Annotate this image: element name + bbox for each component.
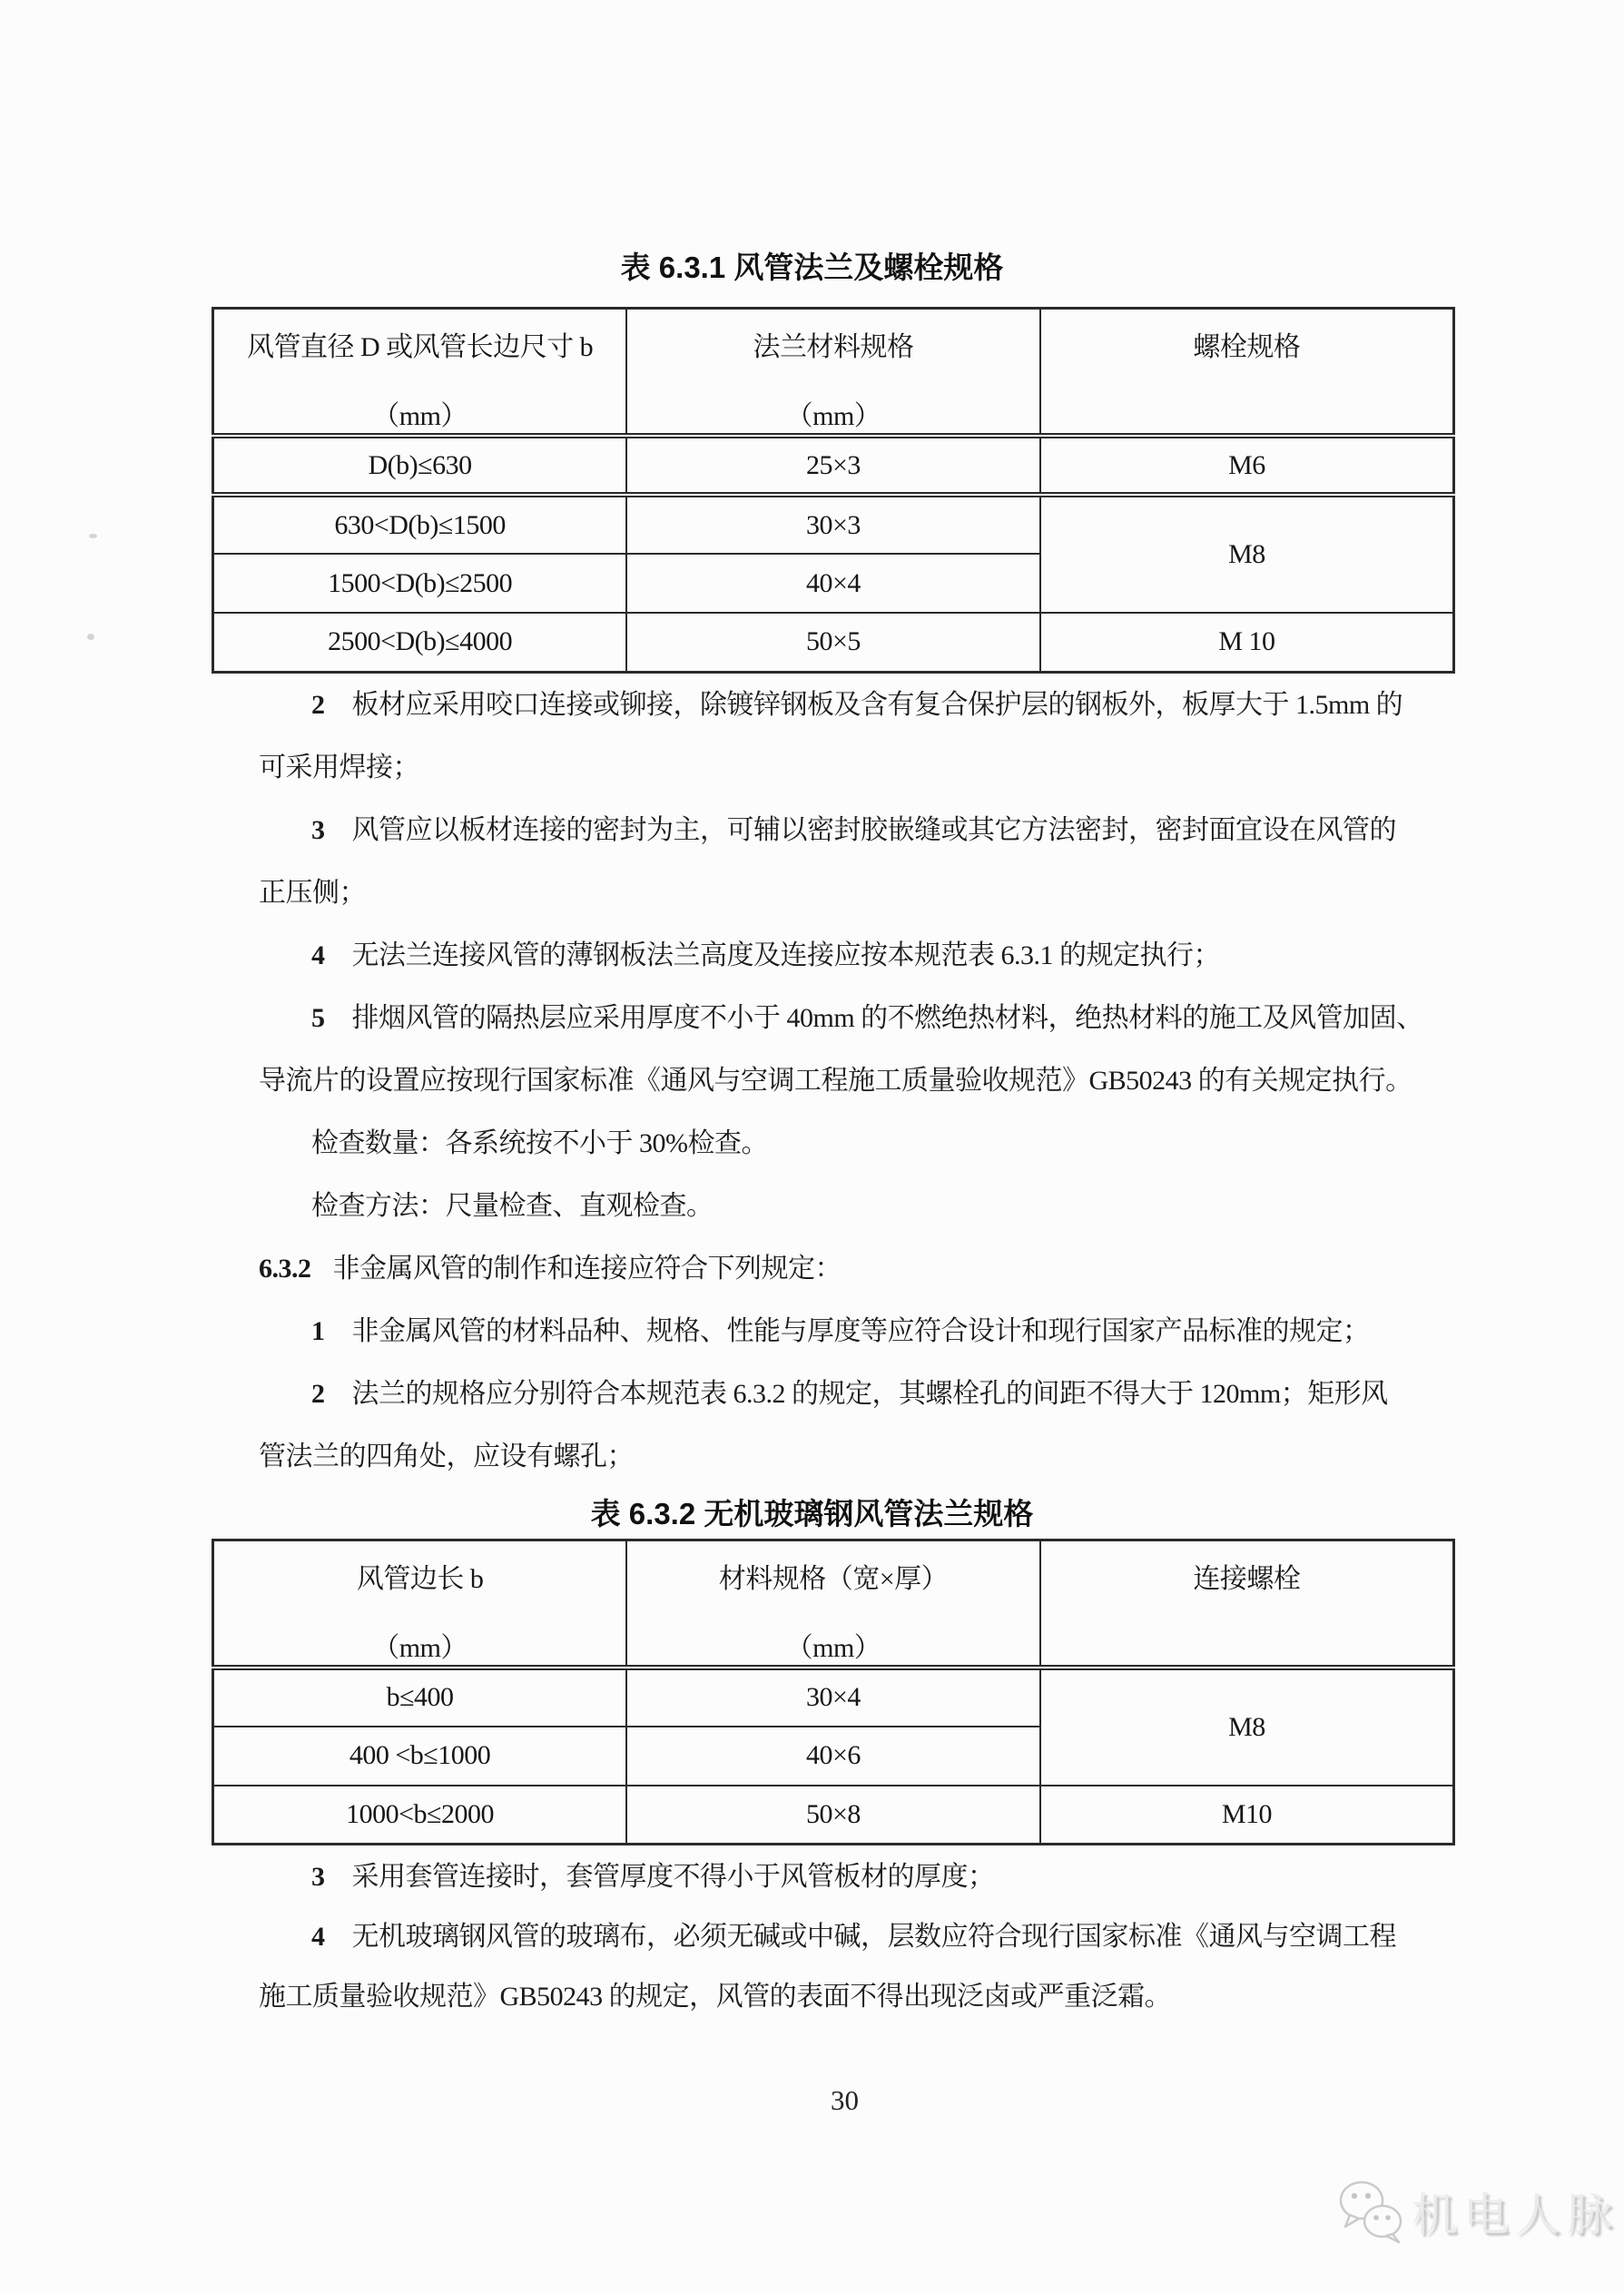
- scan-speck: [89, 534, 97, 538]
- paragraph-line: 2板材应采用咬口连接或铆接，除镀锌钢板及含有复合保护层的钢板外，板厚大于 1.5…: [259, 674, 1548, 736]
- document-page: 表 6.3.1 风管法兰及螺栓规格 风管直径 D 或风管长边尺寸 b（mm）法兰…: [0, 0, 1624, 2293]
- table-cell: 25×3: [626, 436, 1040, 495]
- column-header: 螺栓规格: [1040, 309, 1454, 437]
- column-header: 连接螺栓: [1040, 1540, 1454, 1668]
- clause-number: 1: [311, 1316, 325, 1346]
- table-631: 风管直径 D 或风管长边尺寸 b（mm）法兰材料规格（mm）螺栓规格D(b)≤6…: [212, 307, 1455, 674]
- page-number: 30: [33, 2085, 1624, 2116]
- table-cell: M8: [1040, 1668, 1454, 1786]
- table-cell: 40×6: [626, 1727, 1040, 1786]
- table-row: 1000<b≤200050×8M10: [213, 1786, 1454, 1845]
- table-632: 风管边长 b（mm）材料规格（宽×厚）（mm）连接螺栓b≤40030×4M840…: [212, 1539, 1455, 1846]
- clause-text: 检查方法：尺量检查、直观检查。: [311, 1191, 714, 1221]
- clause-number: 5: [311, 1003, 325, 1033]
- wechat-icon: [1337, 2179, 1404, 2244]
- clause-number: 2: [311, 690, 325, 720]
- header-row: 风管边长 b（mm）材料规格（宽×厚）（mm）连接螺栓: [213, 1540, 1454, 1668]
- table-cell: 40×4: [626, 554, 1040, 613]
- paragraph-line: 管法兰的四角处，应设有螺孔；: [259, 1425, 1548, 1488]
- paragraph-line: 3风管应以板材连接的密封为主，可辅以密封胶嵌缝或其它方法密封，密封面宜设在风管的: [259, 799, 1548, 861]
- clause-number: 4: [311, 940, 325, 970]
- watermark: 机电人脉: [1337, 2179, 1619, 2244]
- clause-text: 风管应以板材连接的密封为主，可辅以密封胶嵌缝或其它方法密封，密封面宜设在风管的: [352, 815, 1397, 845]
- body-text-block-1: 2板材应采用咬口连接或铆接，除镀锌钢板及含有复合保护层的钢板外，板厚大于 1.5…: [259, 674, 1548, 1488]
- clause-text: 板材应采用咬口连接或铆接，除镀锌钢板及含有复合保护层的钢板外，板厚大于 1.5m…: [352, 690, 1403, 720]
- clause-number: 4: [311, 1922, 325, 1952]
- column-header: 材料规格（宽×厚）（mm）: [626, 1540, 1040, 1668]
- table-cell: 50×8: [626, 1786, 1040, 1845]
- table-cell: D(b)≤630: [213, 436, 627, 495]
- clause-text: 导流片的设置应按现行国家标准《通风与空调工程施工质量验收规范》GB50243 的…: [259, 1066, 1412, 1096]
- column-header: 风管边长 b（mm）: [213, 1540, 627, 1668]
- column-header: 法兰材料规格（mm）: [626, 309, 1040, 437]
- table-cell: 1000<b≤2000: [213, 1786, 627, 1845]
- clause-text: 检查数量：各系统按不小于 30%检查。: [311, 1128, 768, 1158]
- table-cell: 30×3: [626, 495, 1040, 554]
- table-cell: M6: [1040, 436, 1454, 495]
- clause-number: 6.3.2: [259, 1254, 311, 1284]
- clause-text: 采用套管连接时，套管厚度不得小于风管板材的厚度；: [352, 1862, 995, 1892]
- clause-number: 3: [311, 1862, 325, 1892]
- column-header: 风管直径 D 或风管长边尺寸 b（mm）: [213, 309, 627, 437]
- table-row: b≤40030×4M8: [213, 1668, 1454, 1727]
- paragraph-line: 4无机玻璃钢风管的玻璃布，必须无碱或中碱，层数应符合现行国家标准《通风与空调工程: [259, 1907, 1548, 1967]
- section-heading-line: 6.3.2非金属风管的制作和连接应符合下列规定：: [259, 1237, 1548, 1300]
- paragraph-line: 2法兰的规格应分别符合本规范表 6.3.2 的规定，其螺栓孔的间距不得大于 12…: [259, 1363, 1548, 1425]
- clause-text: 施工质量验收规范》GB50243 的规定，风管的表面不得出现泛卤或严重泛霜。: [259, 1982, 1171, 2012]
- table-cell: 1500<D(b)≤2500: [213, 554, 627, 613]
- clause-text: 无法兰连接风管的薄钢板法兰高度及连接应按本规范表 6.3.1 的规定执行；: [352, 940, 1221, 970]
- table-631-title: 表 6.3.1 风管法兰及螺栓规格: [0, 0, 1624, 287]
- table-cell: M8: [1040, 495, 1454, 613]
- paragraph-line: 可采用焊接；: [259, 736, 1548, 799]
- paragraph-line: 检查数量：各系统按不小于 30%检查。: [259, 1112, 1548, 1175]
- paragraph-line: 3采用套管连接时，套管厚度不得小于风管板材的厚度；: [259, 1847, 1548, 1907]
- paragraph-line: 正压侧；: [259, 861, 1548, 924]
- body-text-block-2: 3采用套管连接时，套管厚度不得小于风管板材的厚度；4无机玻璃钢风管的玻璃布，必须…: [259, 1847, 1548, 2027]
- clause-text: 管法兰的四角处，应设有螺孔；: [259, 1442, 634, 1471]
- paragraph-line: 导流片的设置应按现行国家标准《通风与空调工程施工质量验收规范》GB50243 的…: [259, 1049, 1548, 1112]
- clause-text: 法兰的规格应分别符合本规范表 6.3.2 的规定，其螺栓孔的间距不得大于 120…: [352, 1379, 1388, 1409]
- scan-speck: [87, 634, 94, 640]
- paragraph-line: 4无法兰连接风管的薄钢板法兰高度及连接应按本规范表 6.3.1 的规定执行；: [259, 924, 1548, 987]
- clause-number: 3: [311, 815, 325, 845]
- watermark-text: 机电人脉: [1412, 2179, 1619, 2244]
- table-cell: M10: [1040, 1786, 1454, 1845]
- clause-number: 2: [311, 1379, 325, 1409]
- clause-text: 正压侧；: [259, 878, 366, 908]
- table-row: 630<D(b)≤150030×3M8: [213, 495, 1454, 554]
- clause-text: 无机玻璃钢风管的玻璃布，必须无碱或中碱，层数应符合现行国家标准《通风与空调工程: [352, 1922, 1397, 1952]
- table-632-title: 表 6.3.2 无机玻璃钢风管法兰规格: [0, 1495, 1624, 1533]
- table-row: D(b)≤63025×3M6: [213, 436, 1454, 495]
- table-cell: 630<D(b)≤1500: [213, 495, 627, 554]
- clause-text: 排烟风管的隔热层应采用厚度不小于 40mm 的不燃绝热材料，绝热材料的施工及风管…: [352, 1003, 1423, 1033]
- table-row: 2500<D(b)≤400050×5M 10: [213, 613, 1454, 672]
- table-cell: M 10: [1040, 613, 1454, 672]
- clause-text: 可采用焊接；: [259, 753, 419, 782]
- paragraph-line: 检查方法：尺量检查、直观检查。: [259, 1175, 1548, 1237]
- paragraph-line: 5排烟风管的隔热层应采用厚度不小于 40mm 的不燃绝热材料，绝热材料的施工及风…: [259, 987, 1548, 1049]
- clause-text: 非金属风管的材料品种、规格、性能与厚度等应符合设计和现行国家产品标准的规定；: [352, 1316, 1370, 1346]
- table-cell: 2500<D(b)≤4000: [213, 613, 627, 672]
- clause-text: 非金属风管的制作和连接应符合下列规定：: [333, 1254, 842, 1284]
- table-cell: b≤400: [213, 1668, 627, 1727]
- table-cell: 400 <b≤1000: [213, 1727, 627, 1786]
- paragraph-line: 1非金属风管的材料品种、规格、性能与厚度等应符合设计和现行国家产品标准的规定；: [259, 1300, 1548, 1363]
- paragraph-line: 施工质量验收规范》GB50243 的规定，风管的表面不得出现泛卤或严重泛霜。: [259, 1967, 1548, 2027]
- table-cell: 50×5: [626, 613, 1040, 672]
- header-row: 风管直径 D 或风管长边尺寸 b（mm）法兰材料规格（mm）螺栓规格: [213, 309, 1454, 437]
- table-cell: 30×4: [626, 1668, 1040, 1727]
